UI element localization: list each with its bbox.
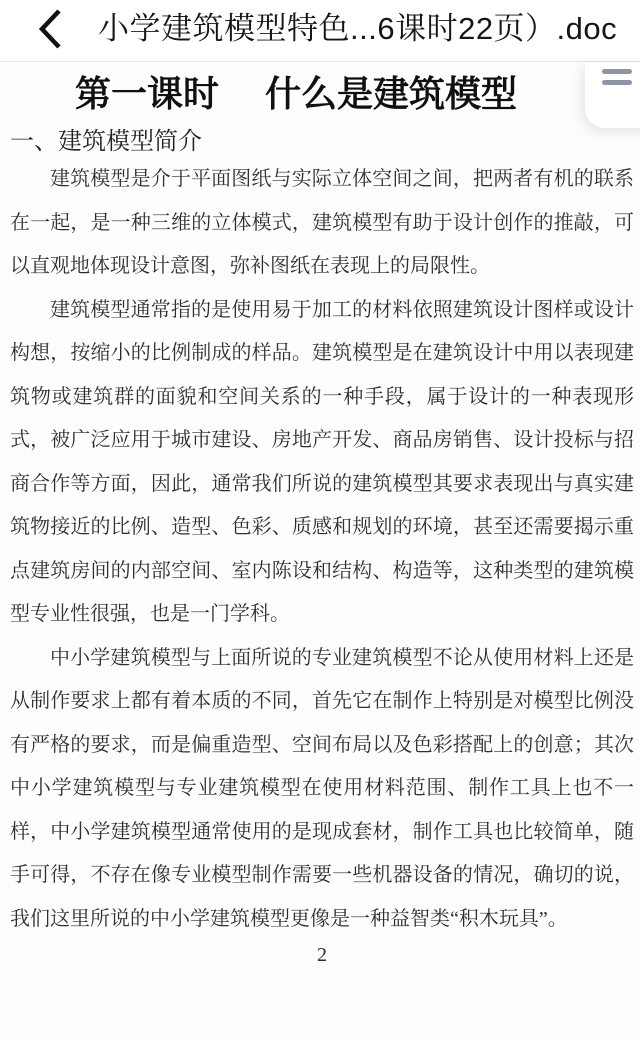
paragraph: 建筑模型是介于平面图纸与实际立体空间之间，把两者有机的联系在一起，是一种三维的立… — [10, 158, 634, 289]
document-title: 小学建筑模型特色...6课时22页）.doc — [98, 8, 640, 50]
paragraph: 建筑模型通常指的是使用易于加工的材料依照建筑设计图样或设计构想，按缩小的比例制成… — [10, 289, 634, 637]
floating-menu-button[interactable] — [585, 62, 640, 128]
page-title: 第一课时 什么是建筑模型 — [75, 72, 634, 116]
document-body: 建筑模型是介于平面图纸与实际立体空间之间，把两者有机的联系在一起，是一种三维的立… — [10, 158, 634, 941]
paragraph: 中小学建筑模型与上面所说的专业建筑模型不论从使用材料上还是从制作要求上都有着本质… — [10, 637, 634, 942]
back-button[interactable] — [30, 7, 70, 55]
page-number: 2 — [10, 941, 634, 969]
section-heading: 一、建筑模型简介 — [10, 126, 634, 158]
chevron-left-icon — [37, 7, 63, 56]
document-page: 第一课时 什么是建筑模型 一、建筑模型简介 建筑模型是介于平面图纸与实际立体空间… — [0, 62, 640, 1038]
title-bar: 小学建筑模型特色...6课时22页）.doc — [0, 0, 640, 62]
